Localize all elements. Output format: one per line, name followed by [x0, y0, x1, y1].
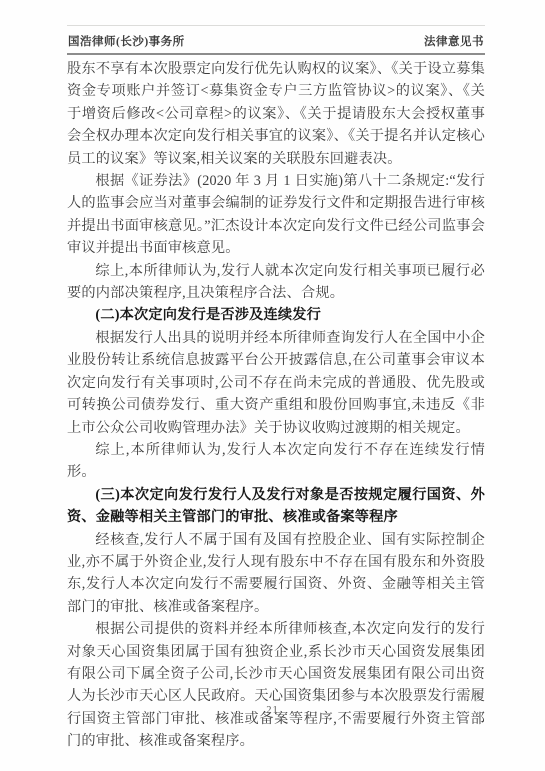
header-doc-type: 法律意见书: [424, 33, 484, 49]
paragraph-continuation: 股东不享有本次股票定向发行优先认购权的议案》、《关于设立募集资金专项账户并签订<…: [67, 58, 485, 170]
section-heading: (二)本次定向发行是否涉及连续发行: [67, 304, 485, 326]
section-heading: (三)本次定向发行发行人及发行对象是否按规定履行国资、外资、金融等相关主管部门的…: [67, 484, 485, 529]
document-body: 股东不享有本次股票定向发行优先认购权的议案》、《关于设立募集资金专项账户并签订<…: [67, 58, 485, 753]
paragraph: 综上,本所律师认为,发行人就本次定向发行相关事项已履行必要的内部决策程序,且决策…: [67, 260, 485, 305]
paragraph: 根据《证券法》(2020 年 3 月 1 日实施)第八十二条规定:“发行人的监事…: [67, 170, 485, 260]
paragraph: 综上,本所律师认为,发行人本次定向发行不存在连续发行情形。: [67, 439, 485, 484]
document-page: 国浩律师(长沙)事务所 法律意见书 股东不享有本次股票定向发行优先认购权的议案》…: [0, 0, 545, 771]
paragraph: 根据发行人出具的说明并经本所律师查询发行人在全国中小企业股份转让系统信息披露平台…: [67, 327, 485, 439]
page-number: 21: [266, 705, 279, 716]
page-header: 国浩律师(长沙)事务所 法律意见书: [67, 25, 485, 55]
paragraph: 根据公司提供的资料并经本所律师核查,本次定向发行的发行对象天心国资集团属于国有独…: [67, 618, 485, 752]
page-footer: 21: [0, 705, 545, 716]
page-header-row: 国浩律师(长沙)事务所 法律意见书: [67, 26, 485, 55]
header-firm-name: 国浩律师(长沙)事务所: [68, 33, 185, 49]
paragraph: 经核查,发行人不属于国有及国有控股企业、国有实际控制企业,亦不属于外资企业,发行…: [67, 529, 485, 619]
